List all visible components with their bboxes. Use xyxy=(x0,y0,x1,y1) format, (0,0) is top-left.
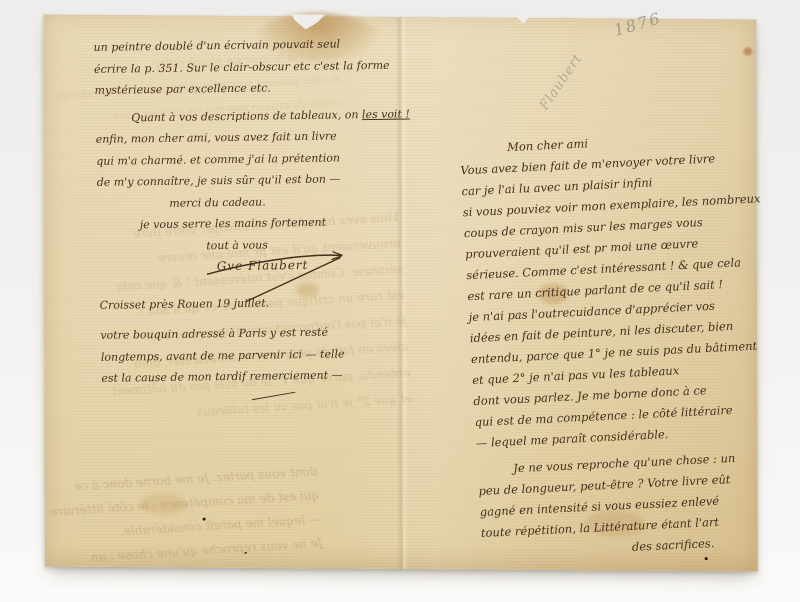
letter-line-text: Quant à vos descriptions de tableaux, on xyxy=(131,108,362,124)
signature: Gve Flaubert xyxy=(217,253,414,277)
letter-line: écrire la p. 351. Sur le clair-obscur et… xyxy=(94,54,409,80)
photo-background: car je l'ai lu avec un plaisir infini si… xyxy=(0,0,800,602)
letter-line: Quant à vos descriptions de tableaux, on… xyxy=(131,103,410,128)
closing-dash xyxy=(252,391,295,399)
letter-bifolium: car je l'ai lu avec un plaisir infini si… xyxy=(43,15,757,572)
pencil-year-annotation: 1876 xyxy=(612,8,664,39)
pencil-name-annotation: Flaubert xyxy=(537,51,586,113)
letter-page-left: car je l'ai lu avec un plaisir infini si… xyxy=(43,15,400,569)
letter-line: est la cause de mon tardif remerciement … xyxy=(101,363,416,389)
show-through-text: dont vous parlez. Je me borne donc à ce … xyxy=(47,459,323,572)
letter-line: mystérieuse par excellence etc. xyxy=(94,75,409,101)
signature-flourish xyxy=(204,248,355,306)
letter-text-left: un peintre doublé d'un écrivain pouvait … xyxy=(93,32,416,398)
letter-text-right: Mon cher ami Vous avez bien fait de m'en… xyxy=(459,125,781,565)
